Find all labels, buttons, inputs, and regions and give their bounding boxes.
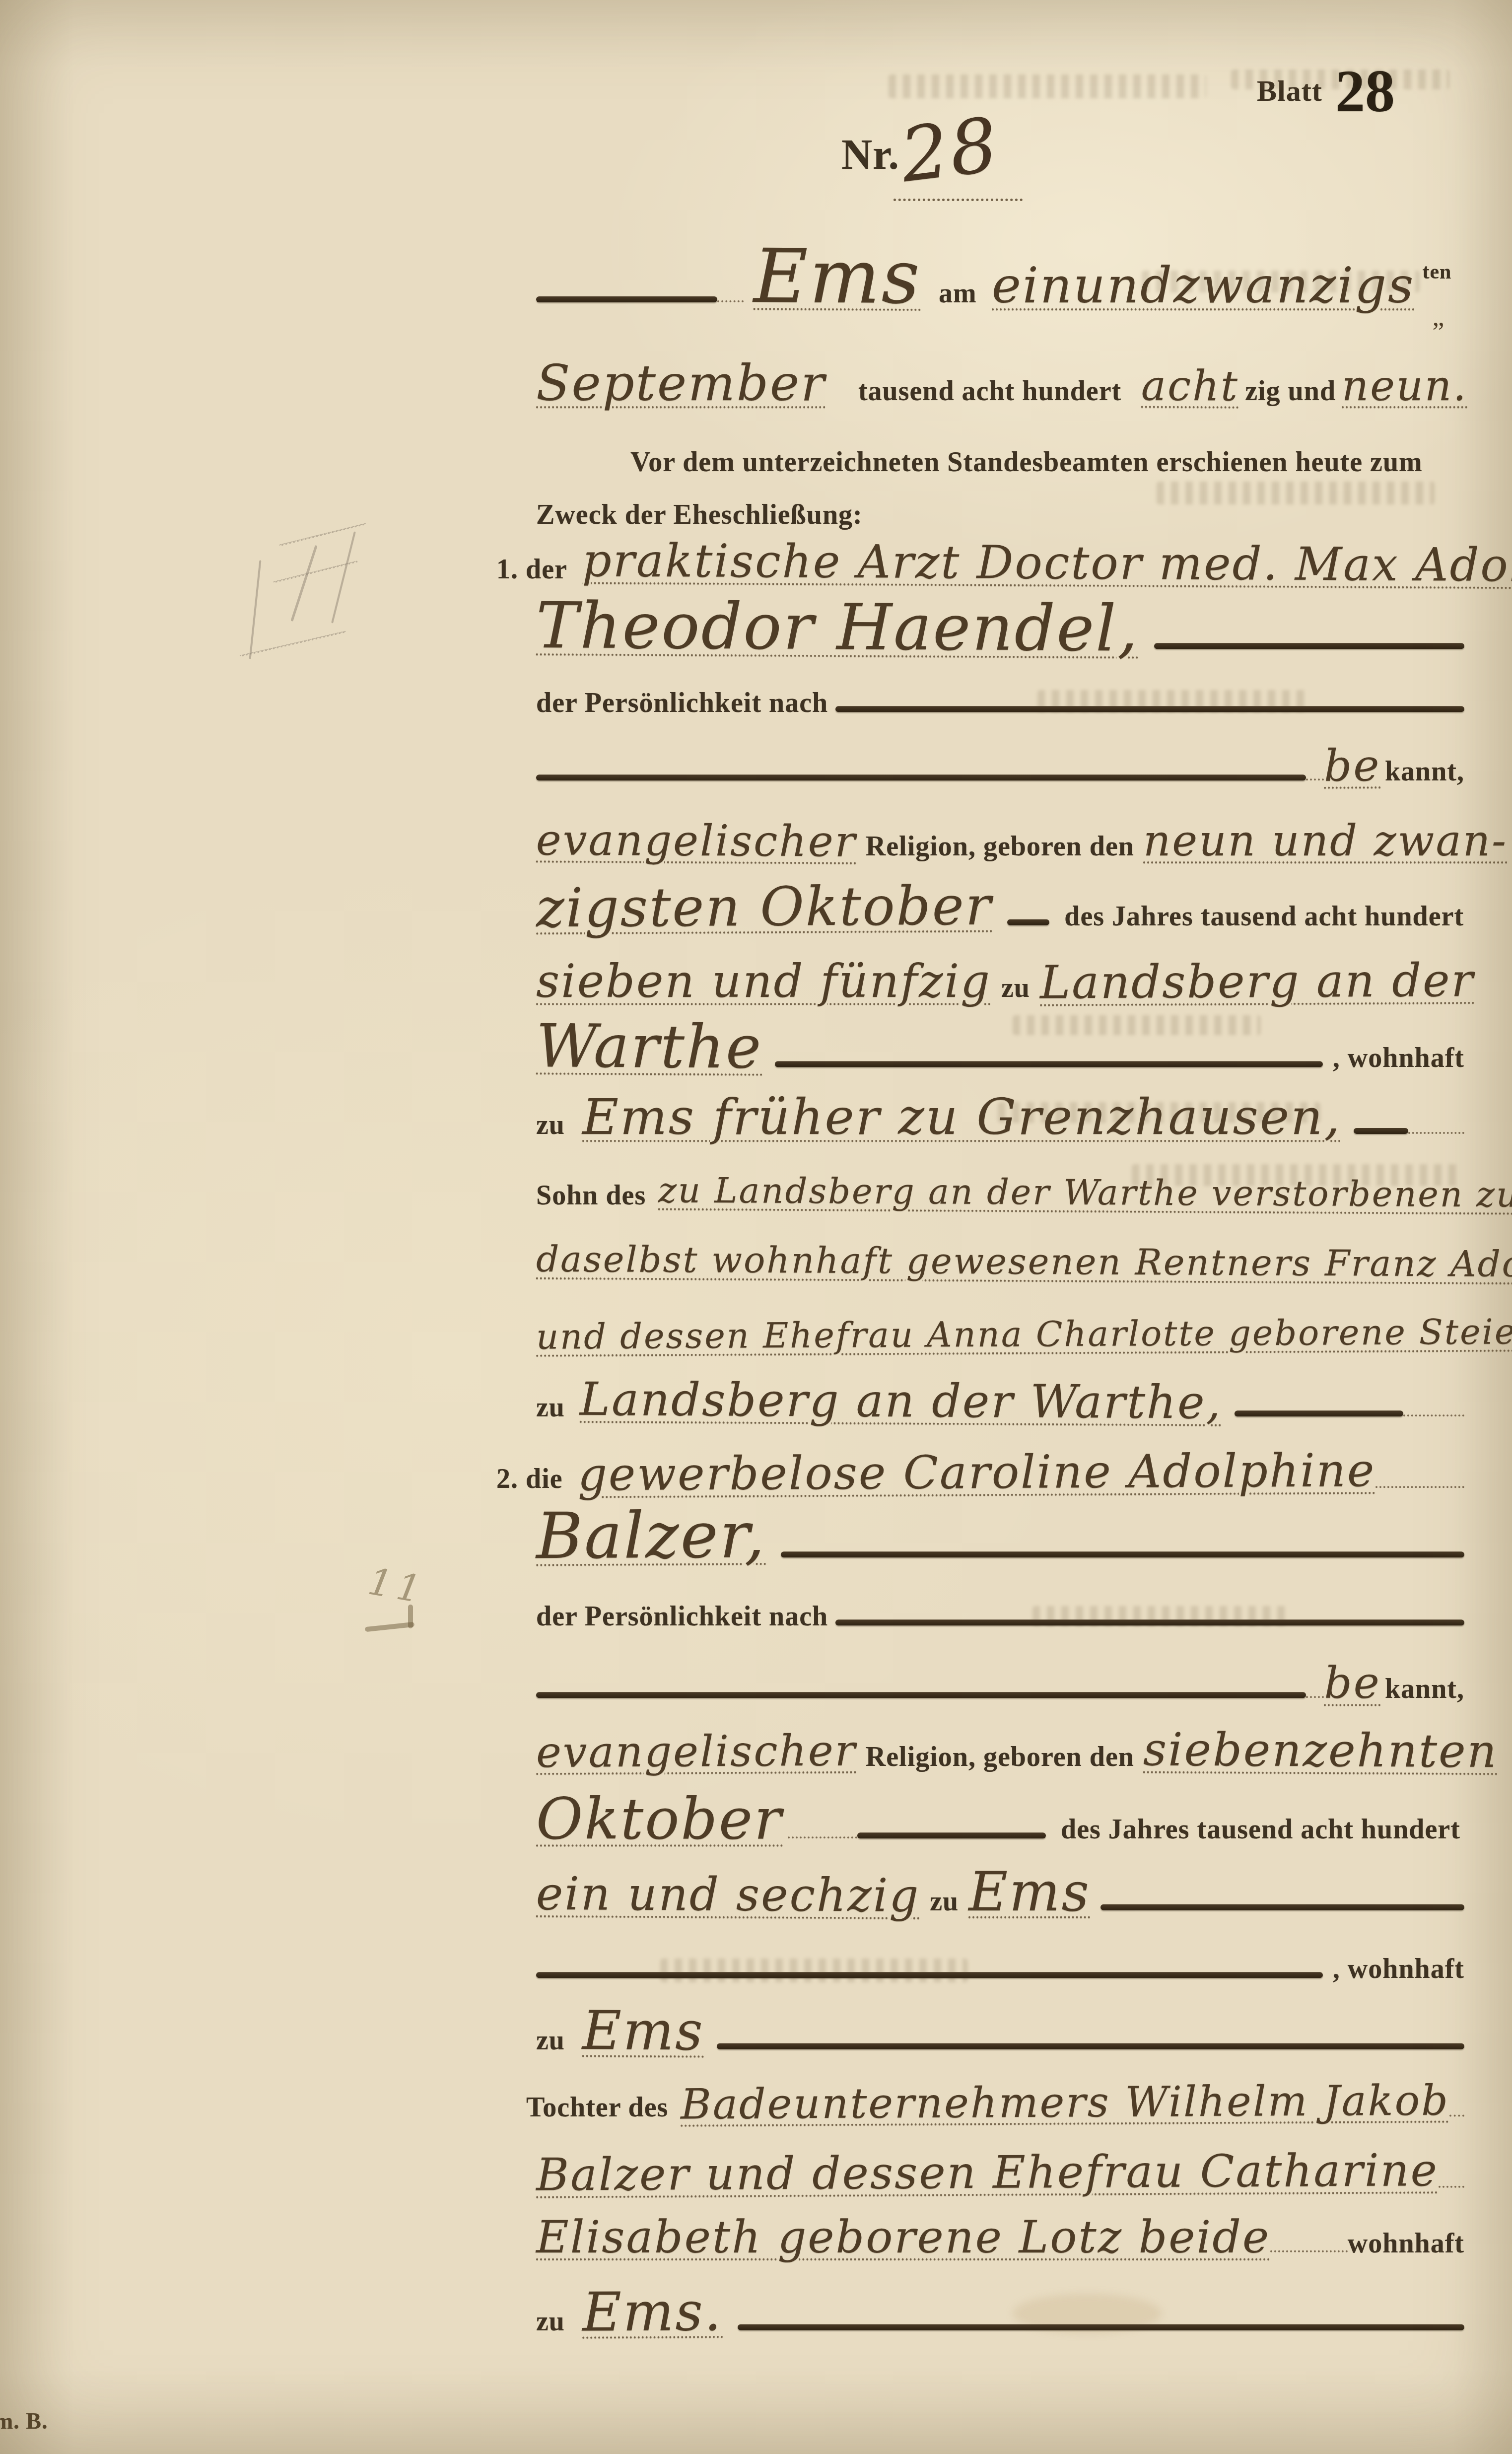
form-line: 2. diegewerbelose Caroline Adolphine [496, 1450, 1464, 1495]
form-margin-note: m. B. [0, 2410, 48, 2433]
margin-mark-11: 11 [365, 1559, 429, 1613]
form-line: zuEms früher zu Grenzhausen, [536, 1092, 1464, 1142]
ditto-mark: „ [1432, 303, 1444, 330]
record-number-label: Nr. [841, 133, 899, 176]
form-line: Warthe, wohnhaft [536, 1017, 1464, 1077]
dotted-rule [1449, 2113, 1464, 2116]
form-line: zuLandsberg an der Warthe, [536, 1378, 1464, 1424]
printed-text: Religion, geboren den [866, 1743, 1134, 1771]
handwritten-text: neun und zwan- [1143, 820, 1508, 862]
form-line: Balzer, [536, 1504, 1464, 1568]
form-line: Elisabeth geborene Lotz beidewohnhaft [536, 2215, 1464, 2260]
handwritten-text: evangelischer [536, 1730, 857, 1774]
handwritten-text: Ems [582, 2004, 704, 2058]
printed-text: der Persönlichkeit nach [536, 689, 828, 717]
handwritten-text: Balzer, [536, 1504, 766, 1568]
form-line: bekannt, [536, 744, 1464, 787]
ink-stroke [835, 1619, 1464, 1625]
form-line: evangelischerReligion, geboren denneun u… [536, 820, 1464, 862]
dotted-rule [1439, 2185, 1464, 2188]
ink-stroke [781, 1551, 1464, 1557]
printed-text: der Persönlichkeit nach [536, 1603, 828, 1630]
ink-stroke [1235, 1410, 1403, 1416]
form-line: daselbst wohnhaft gewesenen Rentners Fra… [536, 1244, 1464, 1280]
ink-bleed-through [889, 74, 1206, 98]
ordinal-suffix: ten„ [1422, 301, 1464, 302]
form-line: sieben und fünfzigzuLandsberg an der [536, 959, 1464, 1004]
form-line: 1. derpraktische Arzt Doctor med. Max Ad… [496, 540, 1464, 586]
handwritten-text: Ems [968, 1866, 1091, 1919]
ink-stroke [1007, 919, 1049, 925]
printed-text: des Jahres tausend acht hundert [1061, 1816, 1460, 1843]
form-line: Tochter desBadeunternehmers Wilhelm Jako… [526, 2081, 1464, 2123]
printed-text: 1. der [496, 556, 567, 583]
form-line: Zweck der Eheschließung: [536, 501, 1464, 529]
margin-mark-underline [365, 1622, 414, 1632]
ink-stroke [536, 296, 717, 302]
form-line: der Persönlichkeit nach [536, 689, 1464, 717]
ink-stroke [536, 1972, 1323, 1978]
handwritten-text: Oktober [536, 1791, 783, 1848]
handwritten-text: zigsten Oktober [536, 879, 993, 935]
handwritten-text: daselbst wohnhaft gewesenen Rentners Fra… [536, 1241, 1512, 1283]
handwritten-text: acht [1141, 364, 1239, 407]
handwritten-text: Balzer und dessen Ehefrau Catharine [536, 2148, 1439, 2198]
dotted-rule [893, 198, 1023, 201]
handwritten-text: September [536, 358, 826, 408]
handwritten-text: sieben und fünfzig [536, 959, 991, 1004]
form-line: evangelischerReligion, geboren densieben… [536, 1728, 1464, 1773]
ink-stroke [536, 774, 1306, 780]
record-number-value: 28 [897, 108, 1003, 194]
printed-text: Zweck der Eheschließung: [536, 501, 863, 529]
printed-text: des Jahres tausend acht hundert [1064, 903, 1464, 930]
ink-stroke [1154, 643, 1464, 649]
ink-stroke [1354, 1128, 1408, 1134]
handwritten-text: und dessen Ehefrau Anna Charlotte gebore… [536, 1314, 1512, 1354]
ordinal-suffix-text: ten [1422, 262, 1451, 282]
form-line: Balzer und dessen Ehefrau Catharine [536, 2151, 1464, 2195]
printed-text: zu [536, 2308, 565, 2335]
handwritten-text: Ems früher zu Grenzhausen, [582, 1092, 1341, 1142]
dotted-rule [1306, 777, 1324, 780]
printed-text: 2. die [496, 1465, 563, 1493]
form-line: zigsten Oktoberdes Jahres tausend acht h… [536, 881, 1464, 934]
ink-stroke [775, 1061, 1322, 1067]
ink-stroke [835, 706, 1464, 712]
printed-text: zu [930, 1888, 959, 1915]
handwritten-text: Landsberg an der Warthe, [580, 1377, 1222, 1426]
handwritten-text: be [1324, 744, 1381, 788]
ink-stroke [1100, 1904, 1464, 1910]
pencil-stroke [290, 545, 317, 622]
form-line: und dessen Ehefrau Anna Charlotte gebore… [536, 1317, 1464, 1351]
ink-stroke [857, 1832, 1046, 1838]
printed-text: Tochter des [526, 2094, 668, 2121]
printed-text: zu [536, 2027, 565, 2054]
printed-text: kannt, [1385, 758, 1464, 785]
printed-text: , wohnhaft [1333, 1955, 1464, 1983]
dotted-rule [1403, 1413, 1464, 1416]
ink-stroke [717, 2043, 1464, 2049]
form-line: Emsameinundzwanzigsten„ [536, 240, 1464, 314]
printed-text: am [939, 280, 977, 307]
handwritten-text: Warthe [536, 1017, 763, 1077]
ink-stroke [738, 2324, 1464, 2330]
ink-bleed-through [1231, 70, 1449, 89]
handwritten-text: Theodor Haendel, [536, 594, 1140, 661]
dotted-rule [1306, 1695, 1324, 1698]
pencil-stroke [239, 631, 346, 657]
handwritten-text: ein und sechzig [536, 1871, 920, 1919]
handwritten-text: Badeunternehmers Wilhelm Jakob [681, 2079, 1449, 2125]
dotted-rule [717, 299, 744, 302]
handwritten-text: zu Landsberg an der Warthe verstorbenen … [658, 1173, 1512, 1212]
dotted-rule [1375, 1485, 1464, 1488]
printed-text: zig und [1245, 377, 1336, 405]
printed-text: zu [1001, 974, 1030, 1002]
printed-text: Sohn des [536, 1182, 646, 1209]
ink-stroke [536, 1692, 1306, 1698]
form-line: ein und sechzigzuEms [536, 1866, 1464, 1919]
handwritten-text: be [1324, 1661, 1380, 1705]
handwritten-text: Ems. [582, 2285, 723, 2339]
form-line: zuEms [536, 2005, 1464, 2058]
handwritten-text: praktische Arzt Doctor med. Max Adolf [582, 538, 1512, 588]
handwritten-text: gewerbelose Caroline Adolphine [577, 1448, 1375, 1497]
handwritten-text: Elisabeth geborene Lotz beide [536, 2215, 1270, 2260]
pencil-stroke [331, 531, 356, 623]
form-line: zuEms. [536, 2286, 1464, 2339]
handwritten-text: einundzwanzigs [992, 261, 1415, 310]
printed-text: zu [536, 1394, 565, 1421]
document-page: Blatt 28 Nr. 28 11 m. B. Emsameinundzwan… [0, 0, 1512, 2454]
handwritten-text: siebenzehnten [1143, 1727, 1498, 1774]
printed-text: tausend acht hundert [858, 377, 1121, 405]
printed-text: , wohnhaft [1333, 1044, 1464, 1072]
form-line: Septembertausend acht hundertachtzig und… [536, 358, 1464, 408]
dotted-rule [788, 1835, 857, 1838]
printed-text: Vor dem unterzeichneten Standesbeamten e… [630, 448, 1423, 476]
form-line: , wohnhaft [536, 1955, 1464, 1983]
handwritten-text: evangelischer [536, 819, 857, 863]
dotted-rule [1408, 1131, 1464, 1134]
form-line: der Persönlichkeit nach [536, 1603, 1464, 1630]
printed-text: Religion, geboren den [866, 833, 1134, 860]
printed-text: kannt, [1385, 1675, 1464, 1703]
pencil-stroke [249, 560, 262, 659]
dotted-rule [1270, 2249, 1348, 2252]
handwritten-text: Landsberg an der [1040, 958, 1475, 1006]
printed-text: wohnhaft [1348, 2230, 1464, 2257]
printed-text: zu [536, 1111, 565, 1139]
handwritten-text: neun. [1342, 365, 1468, 407]
form-line: Sohn deszu Landsberg an der Warthe verst… [536, 1175, 1464, 1210]
form-line: Oktoberdes Jahres tausend acht hundert [536, 1791, 1464, 1848]
handwritten-text: Ems [754, 239, 921, 315]
margin-mark-underline [408, 1605, 413, 1628]
form-line: Vor dem unterzeichneten Standesbeamten e… [630, 448, 1464, 476]
form-line: bekannt, [536, 1661, 1464, 1705]
form-line: Theodor Haendel, [536, 596, 1464, 659]
